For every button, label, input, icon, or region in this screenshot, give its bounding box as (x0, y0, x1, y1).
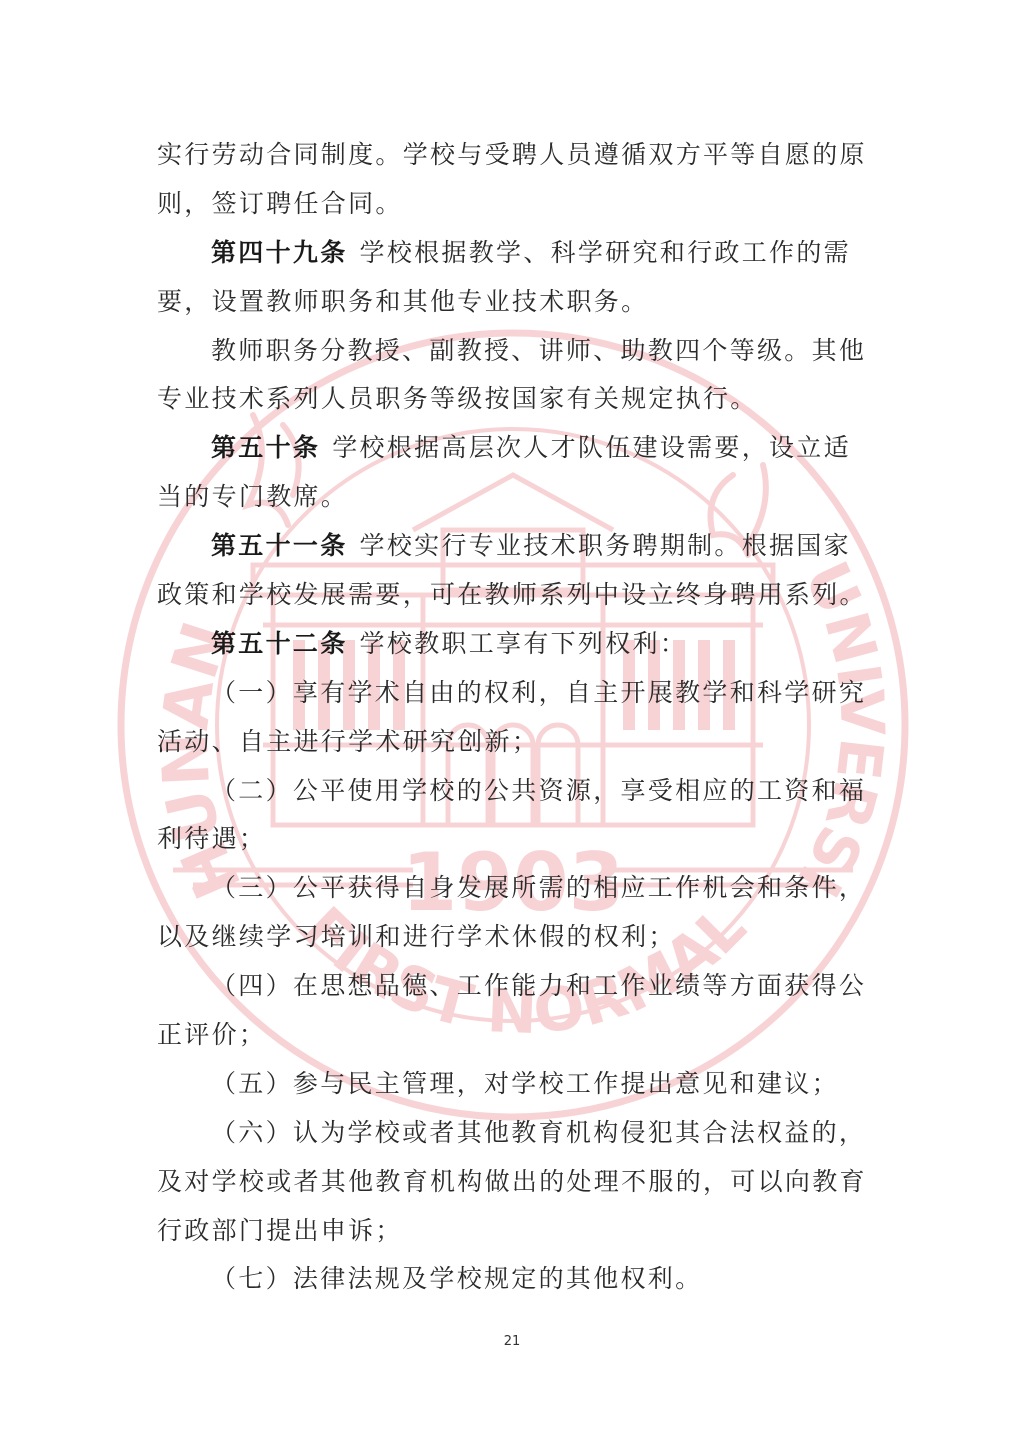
document-page: HUNAN FIRST NORMAL UNIVERSITY (0, 0, 1024, 1447)
line-text: 政策和学校发展需要，可在教师系列中设立终身聘用系列。 (157, 580, 867, 609)
paragraph-line: 当的专门教席。 (157, 473, 869, 522)
page-number: 21 (0, 1334, 1024, 1349)
paragraph-line: （四）在思想品德、工作能力和工作业绩等方面获得公 (157, 962, 869, 1011)
paragraph-line: （七）法律法规及学校规定的其他权利。 (157, 1255, 869, 1304)
paragraph-line: 政策和学校发展需要，可在教师系列中设立终身聘用系列。 (157, 571, 869, 620)
article-number: 第五十条 (211, 433, 320, 462)
line-text: 行政部门提出申诉； (157, 1216, 403, 1245)
line-text: （六）认为学校或者其他教育机构侵犯其合法权益的， (211, 1118, 866, 1147)
line-text: 当的专门教席。 (157, 482, 348, 511)
paragraph-line: （三）公平获得自身发展所需的相应工作机会和条件， (157, 864, 869, 913)
line-text: 要，设置教师职务和其他专业技术职务。 (157, 287, 648, 316)
article-line: 第四十九条学校根据教学、科学研究和行政工作的需 (157, 229, 869, 278)
paragraph-line: 正评价； (157, 1011, 869, 1060)
line-text: 及对学校或者其他教育机构做出的处理不服的，可以向教育 (157, 1167, 867, 1196)
line-text: 则，签订聘任合同。 (157, 189, 403, 218)
line-text: （一）享有学术自由的权利，自主开展教学和科学研究 (211, 678, 866, 707)
line-text: （三）公平获得自身发展所需的相应工作机会和条件， (211, 873, 866, 902)
paragraph-line: （六）认为学校或者其他教育机构侵犯其合法权益的， (157, 1109, 869, 1158)
paragraph-line: 要，设置教师职务和其他专业技术职务。 (157, 278, 869, 327)
line-text: 专业技术系列人员职务等级按国家有关规定执行。 (157, 384, 758, 413)
line-text: 教师职务分教授、副教授、讲师、助教四个等级。其他 (211, 336, 866, 365)
paragraph-line: （二）公平使用学校的公共资源，享受相应的工资和福 (157, 767, 869, 816)
article-number: 第四十九条 (211, 238, 348, 267)
line-text: 正评价； (157, 1020, 266, 1049)
article-number: 第五十一条 (211, 531, 348, 560)
paragraph-line: 实行劳动合同制度。学校与受聘人员遵循双方平等自愿的原 (157, 131, 869, 180)
paragraph-line: 利待遇； (157, 815, 869, 864)
article-line: 第五十条学校根据高层次人才队伍建设需要，设立适 (157, 424, 869, 473)
paragraph-line: 以及继续学习培训和进行学术休假的权利； (157, 913, 869, 962)
paragraph-line: （五）参与民主管理，对学校工作提出意见和建议； (157, 1060, 869, 1109)
line-text: 实行劳动合同制度。学校与受聘人员遵循双方平等自愿的原 (157, 140, 867, 169)
article-line: 第五十二条学校教职工享有下列权利： (157, 620, 869, 669)
body-text: 实行劳动合同制度。学校与受聘人员遵循双方平等自愿的原则，签订聘任合同。第四十九条… (157, 131, 869, 1304)
line-text: （五）参与民主管理，对学校工作提出意见和建议； (211, 1069, 839, 1098)
paragraph-line: 则，签订聘任合同。 (157, 180, 869, 229)
line-text: （七）法律法规及学校规定的其他权利。 (211, 1264, 702, 1293)
paragraph-line: 及对学校或者其他教育机构做出的处理不服的，可以向教育 (157, 1158, 869, 1207)
paragraph-line: 教师职务分教授、副教授、讲师、助教四个等级。其他 (157, 327, 869, 376)
paragraph-line: 行政部门提出申诉； (157, 1207, 869, 1256)
line-text: 学校实行专业技术职务聘期制。根据国家 (360, 531, 851, 560)
paragraph-line: 活动、自主进行学术研究创新； (157, 718, 869, 767)
line-text: 利待遇； (157, 824, 266, 853)
line-text: 学校根据高层次人才队伍建设需要，设立适 (332, 433, 851, 462)
line-text: （四）在思想品德、工作能力和工作业绩等方面获得公 (211, 971, 866, 1000)
line-text: 以及继续学习培训和进行学术休假的权利； (157, 922, 676, 951)
article-number: 第五十二条 (211, 629, 348, 658)
line-text: （二）公平使用学校的公共资源，享受相应的工资和福 (211, 776, 866, 805)
paragraph-line: 专业技术系列人员职务等级按国家有关规定执行。 (157, 375, 869, 424)
line-text: 学校教职工享有下列权利： (360, 629, 688, 658)
article-line: 第五十一条学校实行专业技术职务聘期制。根据国家 (157, 522, 869, 571)
line-text: 活动、自主进行学术研究创新； (157, 727, 539, 756)
line-text: 学校根据教学、科学研究和行政工作的需 (360, 238, 851, 267)
paragraph-line: （一）享有学术自由的权利，自主开展教学和科学研究 (157, 669, 869, 718)
